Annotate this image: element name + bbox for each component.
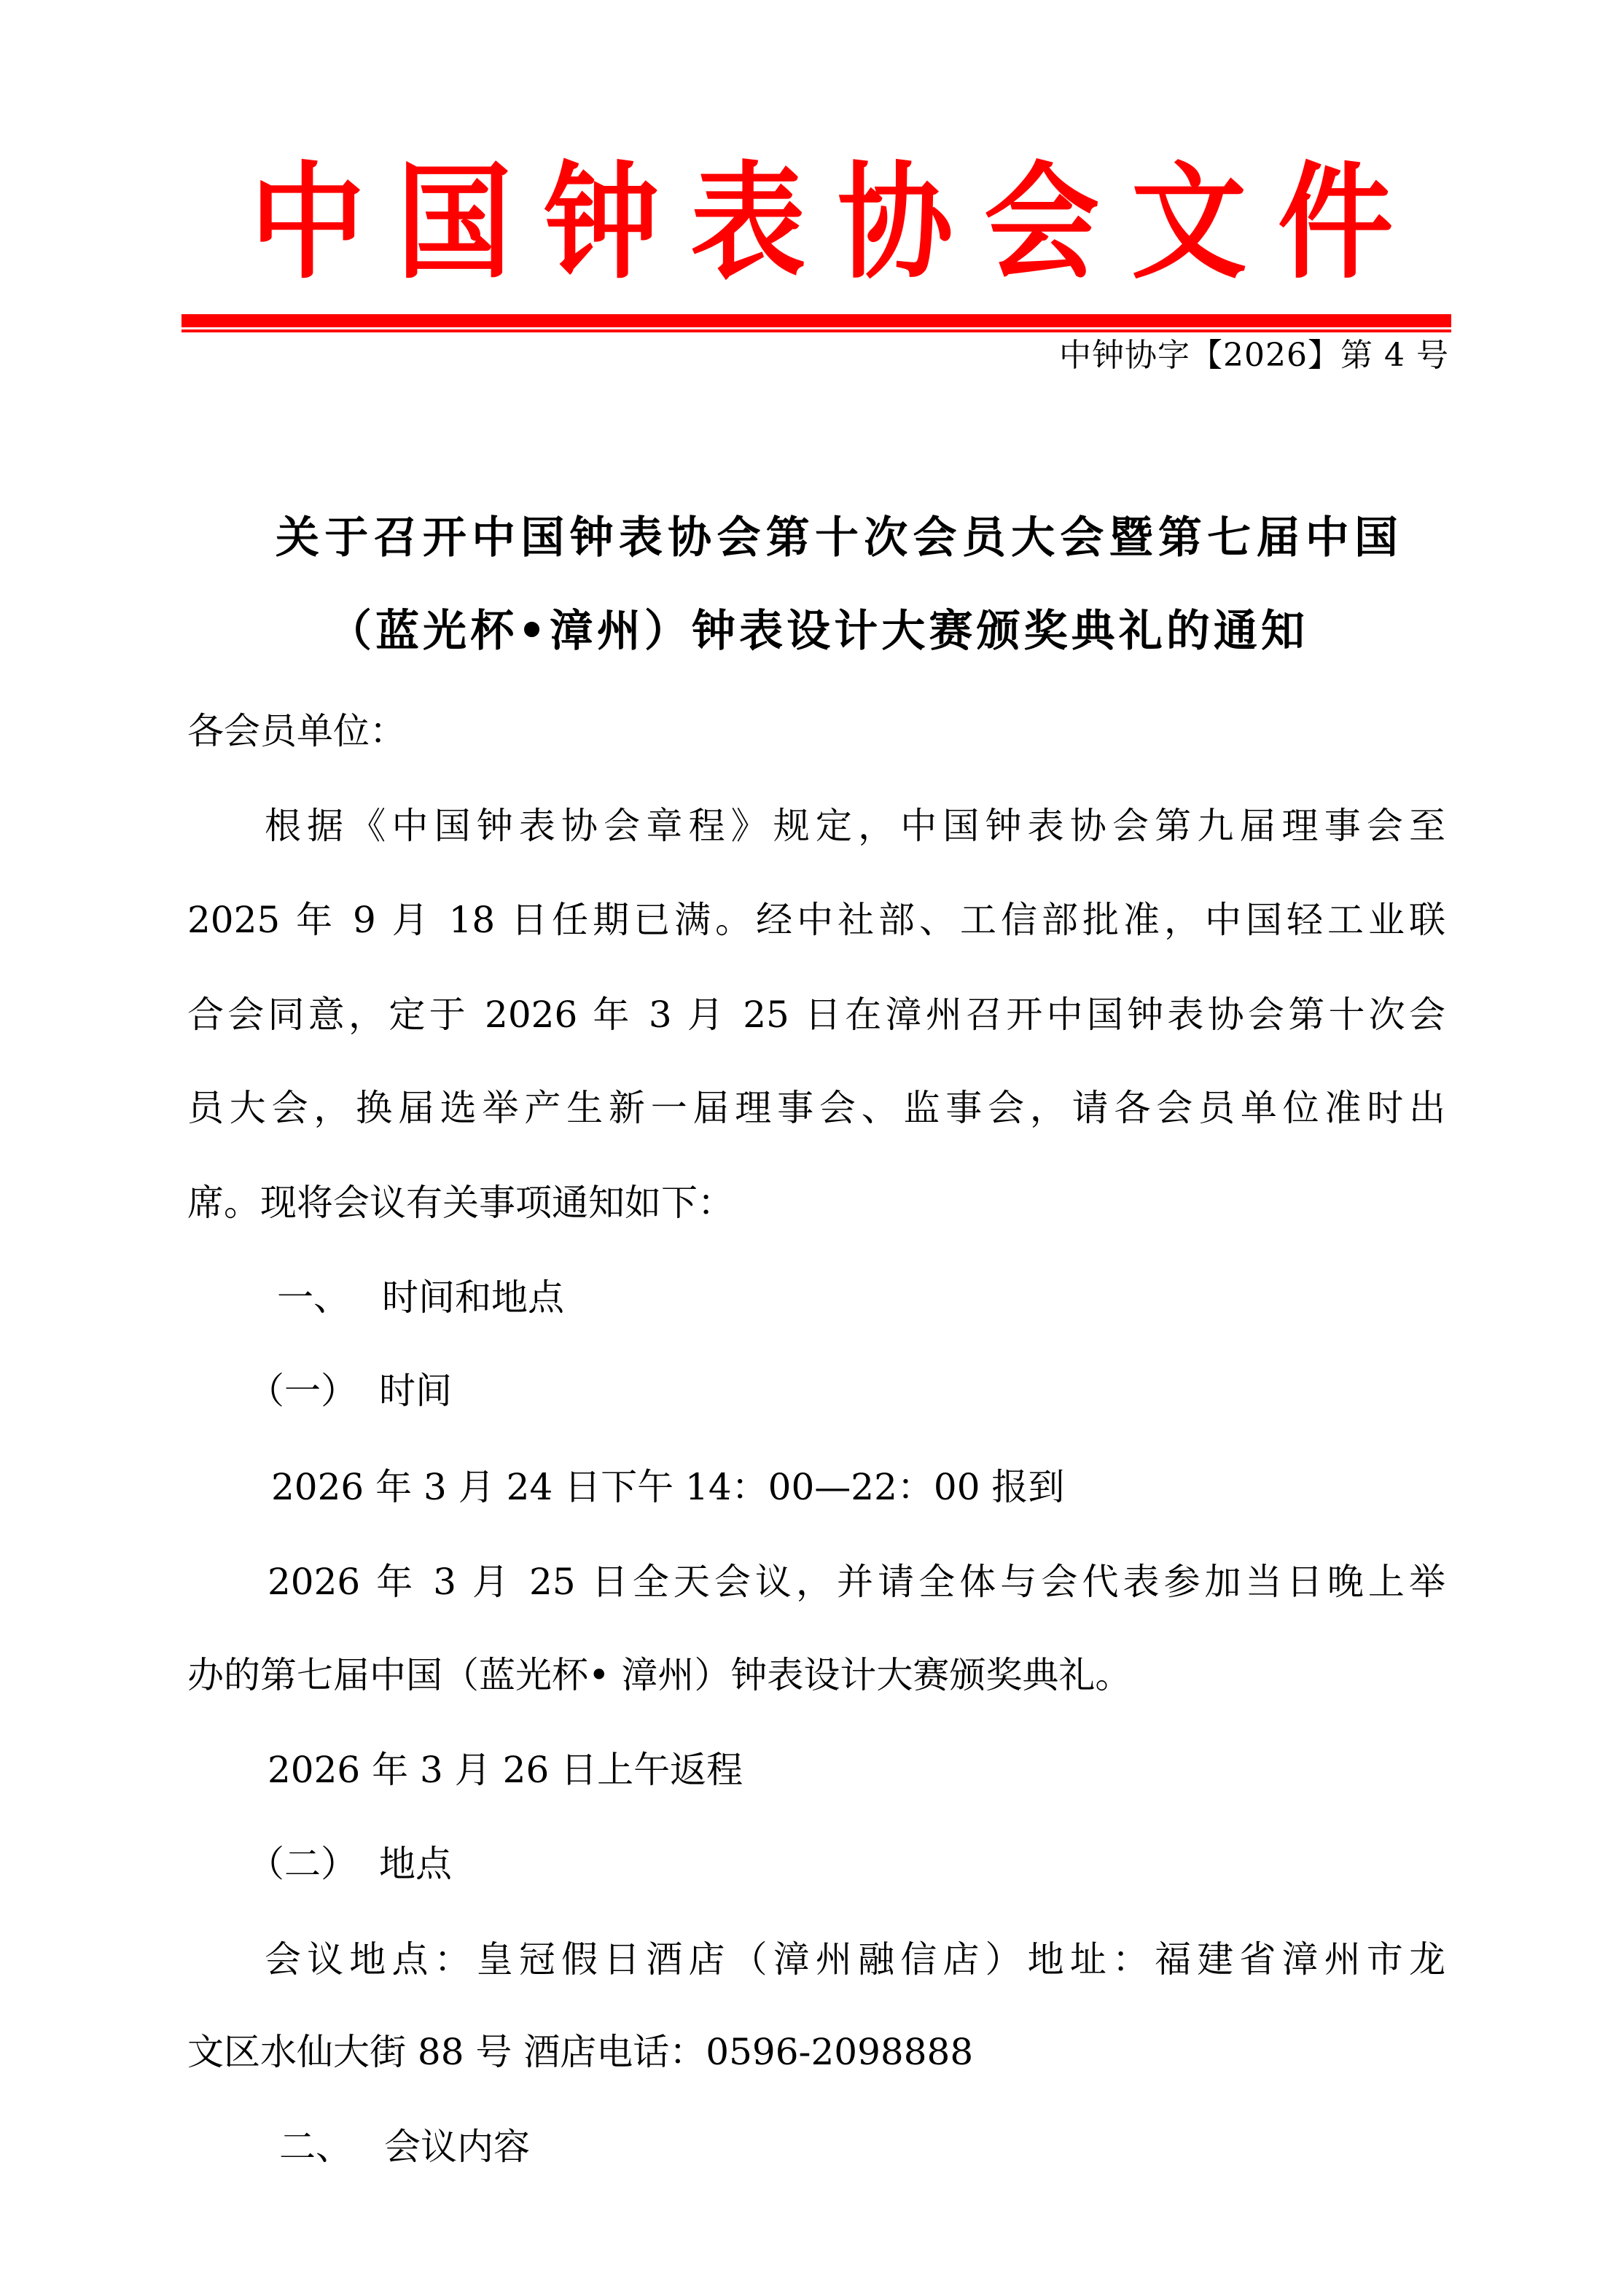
masthead: 中 国 钟 表 协 会 文 件 <box>246 149 1383 295</box>
masthead-char: 文 <box>1131 149 1232 295</box>
masthead-char: 件 <box>1278 149 1378 295</box>
subsection-number: （二） <box>248 1843 357 1885</box>
time-item-return: 2026 年 3 月 26 日上午返程 <box>268 1744 743 1795</box>
section-label: 时间和地点 <box>382 1276 564 1319</box>
section-number: 二、 <box>279 2126 352 2168</box>
notice-title-line-1: 关于召开中国钟表协会第十次会员大会暨第七届中国 <box>276 509 1398 567</box>
notice-title-line-2: （蓝光杯•漳州）钟表设计大赛颁奖典礼的通知 <box>328 602 1305 660</box>
subsection-heading-time: （一）时间 <box>248 1365 452 1416</box>
masthead-char: 钟 <box>544 149 644 295</box>
venue-line: 文区水仙大街 88 号 酒店电话：0596-2098888 <box>187 2026 1445 2078</box>
subsection-label: 时间 <box>379 1370 452 1412</box>
time-item-checkin: 2026 年 3 月 24 日下午 14：00—22：00 报到 <box>271 1462 1064 1513</box>
paragraph-line: 根据《中国钟表协会章程》规定，中国钟表协会第九届理事会至 <box>265 800 1445 851</box>
section-number: 一、 <box>277 1276 350 1319</box>
document-number: 中钟协字【2026】第 4 号 <box>1059 334 1449 378</box>
section-heading-2: 二、会议内容 <box>279 2121 530 2172</box>
masthead-divider-thick <box>181 314 1451 327</box>
section-heading-1: 一、时间和地点 <box>277 1272 564 1323</box>
masthead-divider-thin <box>181 329 1451 332</box>
masthead-char: 协 <box>838 149 938 295</box>
subsection-heading-location: （二）地点 <box>248 1838 452 1889</box>
masthead-char: 表 <box>690 149 791 295</box>
paragraph-line: 2025 年 9 月 18 日任期已满。经中社部、工信部批准，中国轻工业联 <box>187 894 1445 945</box>
paragraph-line: 席。现将会议有关事项通知如下： <box>187 1177 1445 1228</box>
masthead-char: 会 <box>984 149 1085 295</box>
section-label: 会议内容 <box>384 2126 530 2168</box>
masthead-char: 国 <box>397 149 497 295</box>
salutation: 各会员单位： <box>187 706 1445 757</box>
subsection-label: 地点 <box>379 1843 452 1885</box>
time-item-meeting: 2026 年 3 月 25 日全天会议，并请全体与会代表参加当日晚上举 <box>268 1556 1445 1607</box>
time-item-meeting-cont: 办的第七届中国（蓝光杯• 漳州）钟表设计大赛颁奖典礼。 <box>187 1650 1445 1701</box>
paragraph-line: 合会同意，定于 2026 年 3 月 25 日在漳州召开中国钟表协会第十次会 <box>187 989 1445 1040</box>
subsection-number: （一） <box>248 1370 357 1412</box>
paragraph-line: 员大会，换届选举产生新一届理事会、监事会，请各会员单位准时出 <box>187 1082 1445 1134</box>
masthead-char: 中 <box>250 149 351 295</box>
venue-line: 会议地点：皇冠假日酒店（漳州融信店）地址：福建省漳州市龙 <box>265 1934 1445 1985</box>
